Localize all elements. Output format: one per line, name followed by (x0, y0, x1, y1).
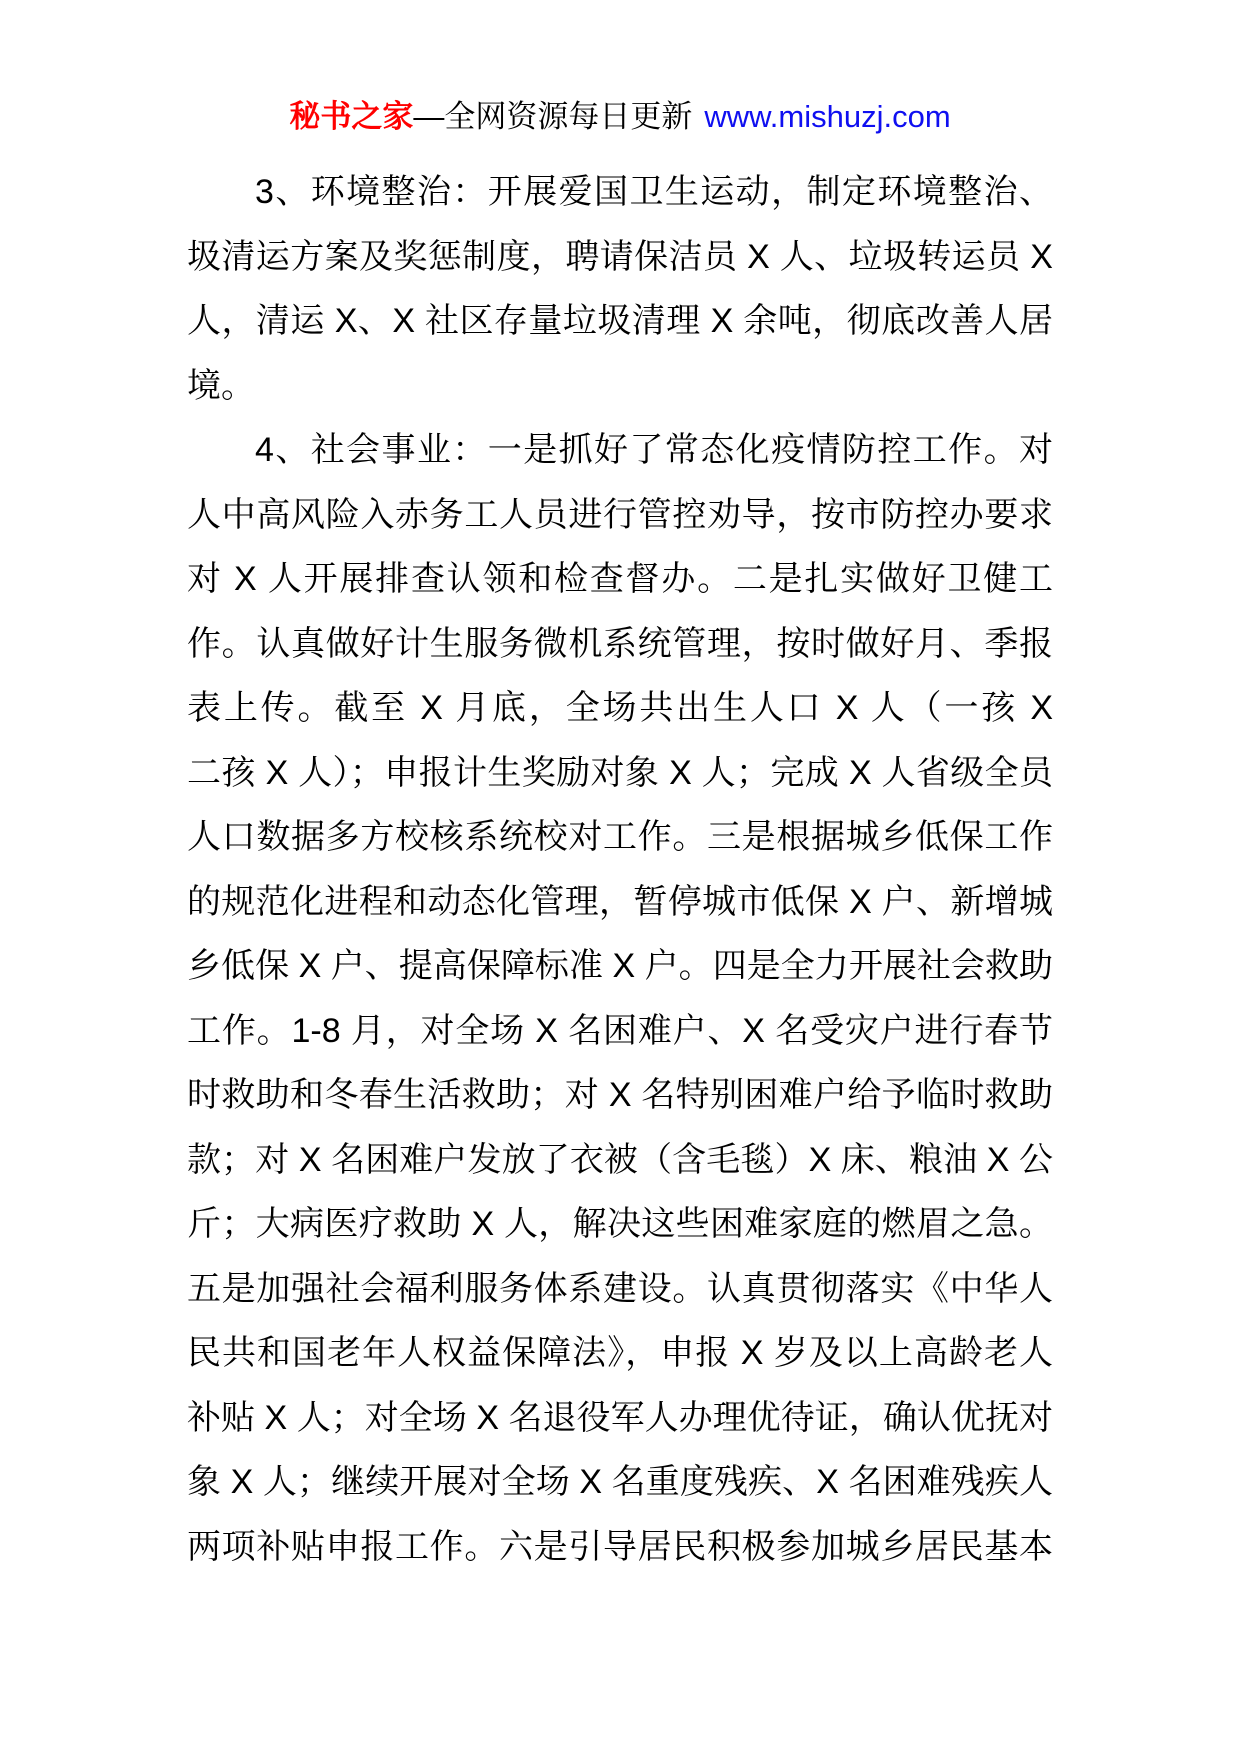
text-line: 民共和国老年人权益保障法》，申报 X 岁及以上高龄老人 (187, 1321, 1053, 1386)
text-line: 4、社会事业：一是抓好了常态化疫情防控工作。对 X (187, 418, 1053, 483)
text-line: 表上传。截至 X 月底，全场共出生人口 X 人（一孩 X 人， (187, 676, 1053, 741)
text-line: 圾清运方案及奖惩制度，聘请保洁员 X 人、垃圾转运员 X (187, 225, 1053, 290)
text-line: 二孩 X 人）；申报计生奖励对象 X 人；完成 X 人省级全员 (187, 741, 1053, 806)
text-line: 境。 (187, 354, 1053, 419)
text-line: 时救助和冬春生活救助；对 X 名特别困难户给予临时救助 (187, 1063, 1053, 1128)
text-line: 乡低保 X 户、提高保障标准 X 户。四是全力开展社会救助 (187, 934, 1053, 999)
site-brand: 秘书之家 (289, 99, 413, 134)
text-line: 工作。1-8 月，对全场 X 名困难户、X 名受灾户进行春节临 (187, 999, 1053, 1064)
site-url-link[interactable]: www.mishuzj.com (704, 99, 950, 134)
text-line: 人中高风险入赤务工人员进行管控劝导，按市防控办要求 (187, 483, 1053, 548)
text-line: 人口数据多方校核系统校对工作。三是根据城乡低保工作 (187, 805, 1053, 870)
header-tagline: 全网资源每日更新 (444, 99, 692, 134)
document-page: 秘书之家—全网资源每日更新www.mishuzj.com 3、环境整治：开展爱国… (0, 0, 1240, 1754)
text-line: 五是加强社会福利服务体系建设。认真贯彻落实《中华人 (187, 1257, 1053, 1322)
text-line: 补贴 X 人；对全场 X 名退役军人办理优待证，确认优抚对 (187, 1386, 1053, 1451)
text-line: 斤；大病医疗救助 X 人，解决这些困难家庭的燃眉之急。 (187, 1192, 1053, 1257)
text-line: 作。认真做好计生服务微机系统管理，按时做好月、季报 (187, 612, 1053, 677)
text-line: 对 X 人开展排查认领和检查督办。二是扎实做好卫健工 (187, 547, 1053, 612)
text-line: 的规范化进程和动态化管理，暂停城市低保 X 户、新增城 (187, 870, 1053, 935)
document-body: 3、环境整治：开展爱国卫生运动，制定环境整治、垃圾清运方案及奖惩制度，聘请保洁员… (187, 160, 1053, 1579)
page-header: 秘书之家—全网资源每日更新www.mishuzj.com (0, 96, 1240, 138)
text-line: 象 X 人；继续开展对全场 X 名重度残疾、X 名困难残疾人 (187, 1450, 1053, 1515)
text-line: 人，清运 X、X 社区存量垃圾清理 X 余吨，彻底改善人居环 (187, 289, 1053, 354)
header-dash: — (413, 99, 444, 134)
text-line: 款；对 X 名困难户发放了衣被（含毛毯）X 床、粮油 X 公 (187, 1128, 1053, 1193)
text-line: 3、环境整治：开展爱国卫生运动，制定环境整治、垃 (187, 160, 1053, 225)
text-line: 两项补贴申报工作。六是引导居民积极参加城乡居民基本 (187, 1515, 1053, 1580)
